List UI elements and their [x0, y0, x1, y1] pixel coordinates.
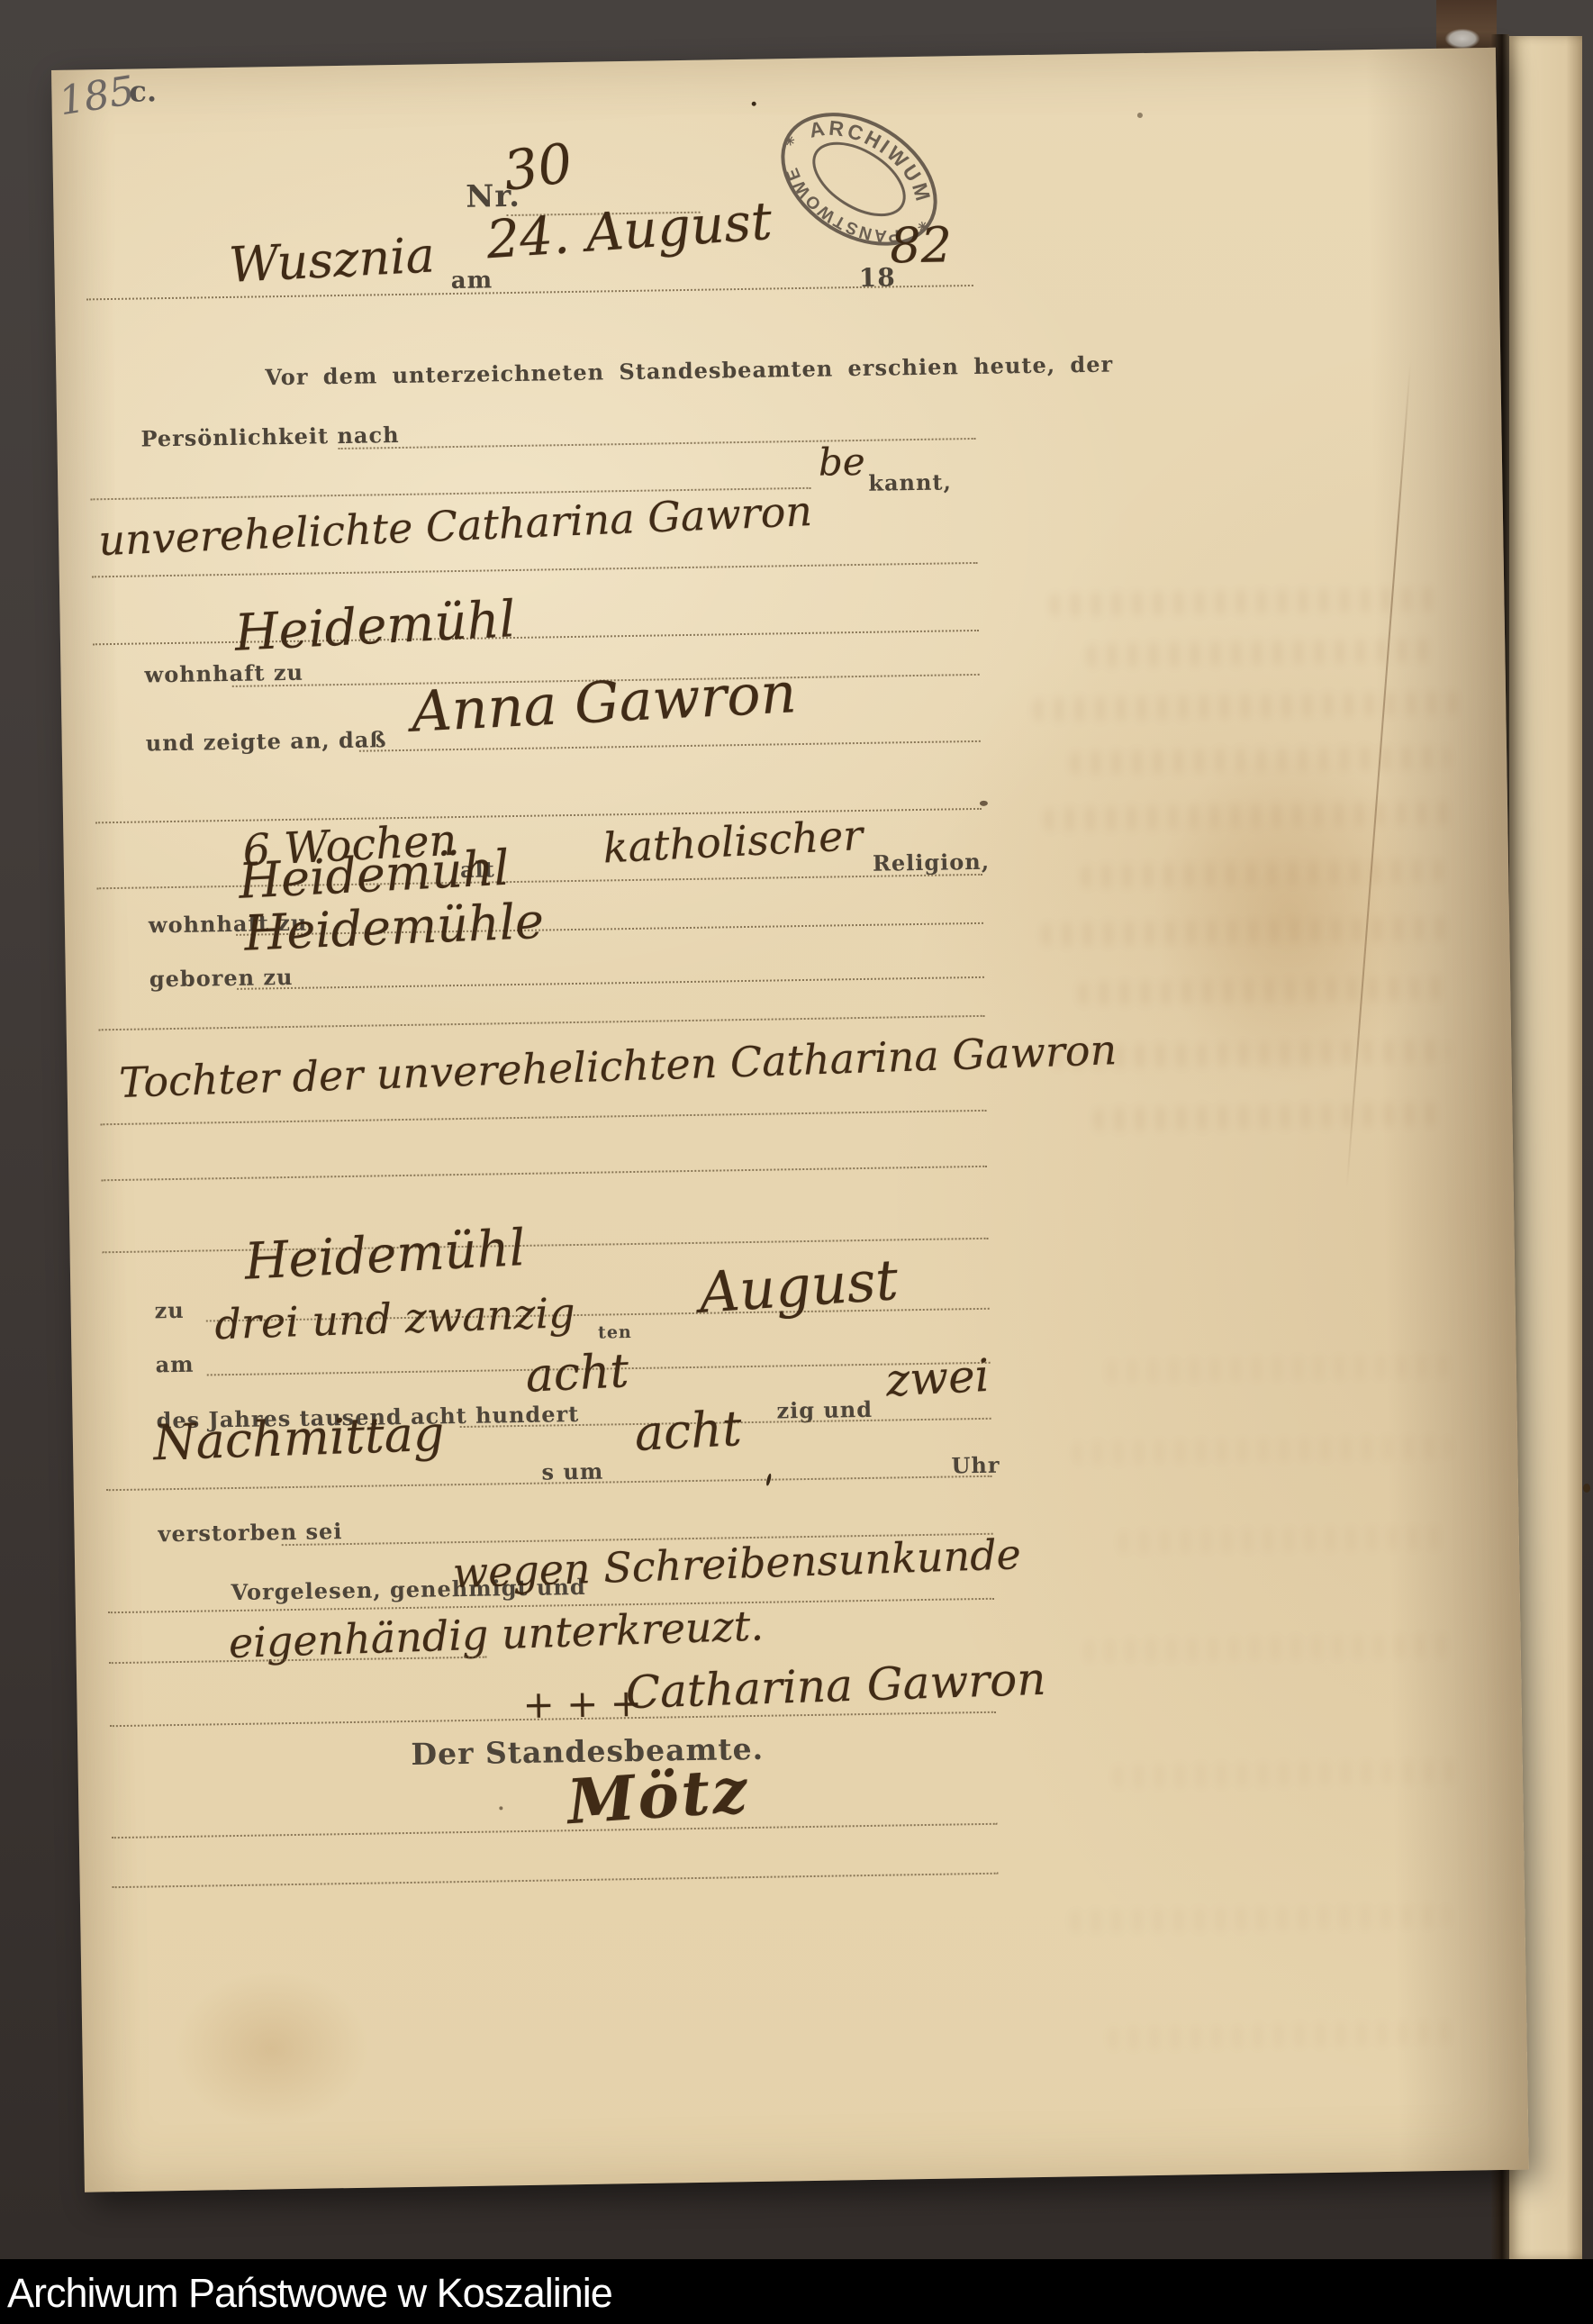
ink-bleedthrough [1119, 1526, 1444, 1555]
pencil-catalog-letter: c. [129, 74, 157, 108]
ink-bleedthrough [1085, 1634, 1454, 1663]
residence-label: wohnhaft zu [144, 659, 303, 688]
ink-bleedthrough [1034, 692, 1457, 722]
ink-bleedthrough [1050, 587, 1437, 617]
known-handwritten: be [819, 440, 866, 485]
ink-speck [752, 102, 756, 106]
ink-bleedthrough [1073, 1436, 1451, 1466]
death-day-suffix: ten [598, 1322, 632, 1343]
religion-handwritten: katholischer [602, 811, 864, 873]
archival-photo: { "colors": { "paper": "#e9d8b5", "handw… [0, 0, 1593, 2324]
dotted-line [112, 1823, 998, 1838]
death-year-unit-handwritten: zwei [884, 1349, 991, 1407]
paper-stain [135, 1938, 409, 2159]
place-name-handwritten: Wusznia [228, 226, 436, 293]
cross-signature-name: Catharina Gawron [625, 1653, 1046, 1719]
dotted-line [93, 630, 979, 645]
dotted-line [101, 1166, 987, 1181]
dotted-line [96, 874, 982, 889]
archive-caption-text: Archiwum Państwowe w Koszalinie [7, 2270, 612, 2317]
birthplace-handwritten: Heidemühle [243, 893, 545, 962]
death-month-handwritten: August [697, 1247, 901, 1326]
death-year-tens-handwritten: acht [524, 1344, 629, 1403]
dotted-line [100, 1110, 986, 1125]
notification-label: und zeigte an, daß [146, 726, 387, 756]
date-handwritten: 24. August [484, 190, 774, 270]
am-label: am [450, 267, 493, 295]
dotted-line [237, 976, 984, 990]
dotted-line [99, 1015, 985, 1030]
parentage-handwritten: Tochter der unverehelichten Catharina Ga… [118, 1025, 1118, 1107]
closing-handwritten-2: eigenhändig unterkreuzt. [228, 1601, 765, 1667]
dotted-line [86, 285, 973, 300]
ink-bleedthrough [1109, 2021, 1451, 2050]
ink-bleedthrough [1087, 639, 1429, 667]
register-page: 185 c. ARCHIWUM PAŃSTWOWE ✳ ✳ Nr. 30 Wus… [51, 48, 1529, 2192]
death-day-handwritten: drei und zwanzig [214, 1288, 576, 1348]
deceased-name-handwritten: Anna Gawron [410, 659, 798, 745]
ink-speck [1137, 113, 1143, 118]
died-label: verstorben sei [158, 1518, 342, 1547]
svg-text:ARCHIWUM: ARCHIWUM [798, 94, 951, 214]
hour-label: Uhr [951, 1452, 1000, 1479]
ink-speck [980, 801, 988, 806]
residence-handwritten: Heidemühl [233, 590, 517, 663]
religion-label: Religion, [873, 849, 991, 876]
intro-line: Vor dem unterzeichneten Standesbeamten e… [265, 351, 1113, 391]
svg-text:PAŃSTWOWE: PAŃSTWOWE [771, 158, 909, 264]
year-handwritten: 82 [890, 216, 953, 274]
ink-bleedthrough [1071, 1904, 1449, 1934]
death-place-label: zu [154, 1297, 185, 1324]
pencil-catalog-number: 185 [56, 68, 138, 124]
daytime-handwritten: Nachmittag [152, 1405, 445, 1472]
known-printed: kannt, [868, 468, 952, 495]
registrar-signature: Mötz [565, 1755, 752, 1839]
stamp-bottom-text: PAŃSTWOWE [771, 158, 909, 264]
ink-bleedthrough [1114, 1760, 1456, 1789]
hour-handwritten: acht [633, 1400, 743, 1462]
death-place-handwritten: Heidemühl [243, 1219, 527, 1292]
ink-speck [1583, 1484, 1590, 1493]
dotted-line [339, 438, 976, 449]
record-number-value: 30 [500, 132, 576, 204]
death-day-label: am [155, 1351, 194, 1378]
dotted-line [113, 1873, 999, 1888]
stamp-top-text: ARCHIWUM [798, 94, 951, 214]
ink-speck [499, 1806, 502, 1810]
ink-bleedthrough [1094, 1103, 1436, 1131]
ink-bleedthrough [1108, 1355, 1450, 1384]
archive-caption-bar: Archiwum Państwowe w Koszalinie [0, 2259, 1593, 2324]
dotted-line [92, 562, 978, 577]
